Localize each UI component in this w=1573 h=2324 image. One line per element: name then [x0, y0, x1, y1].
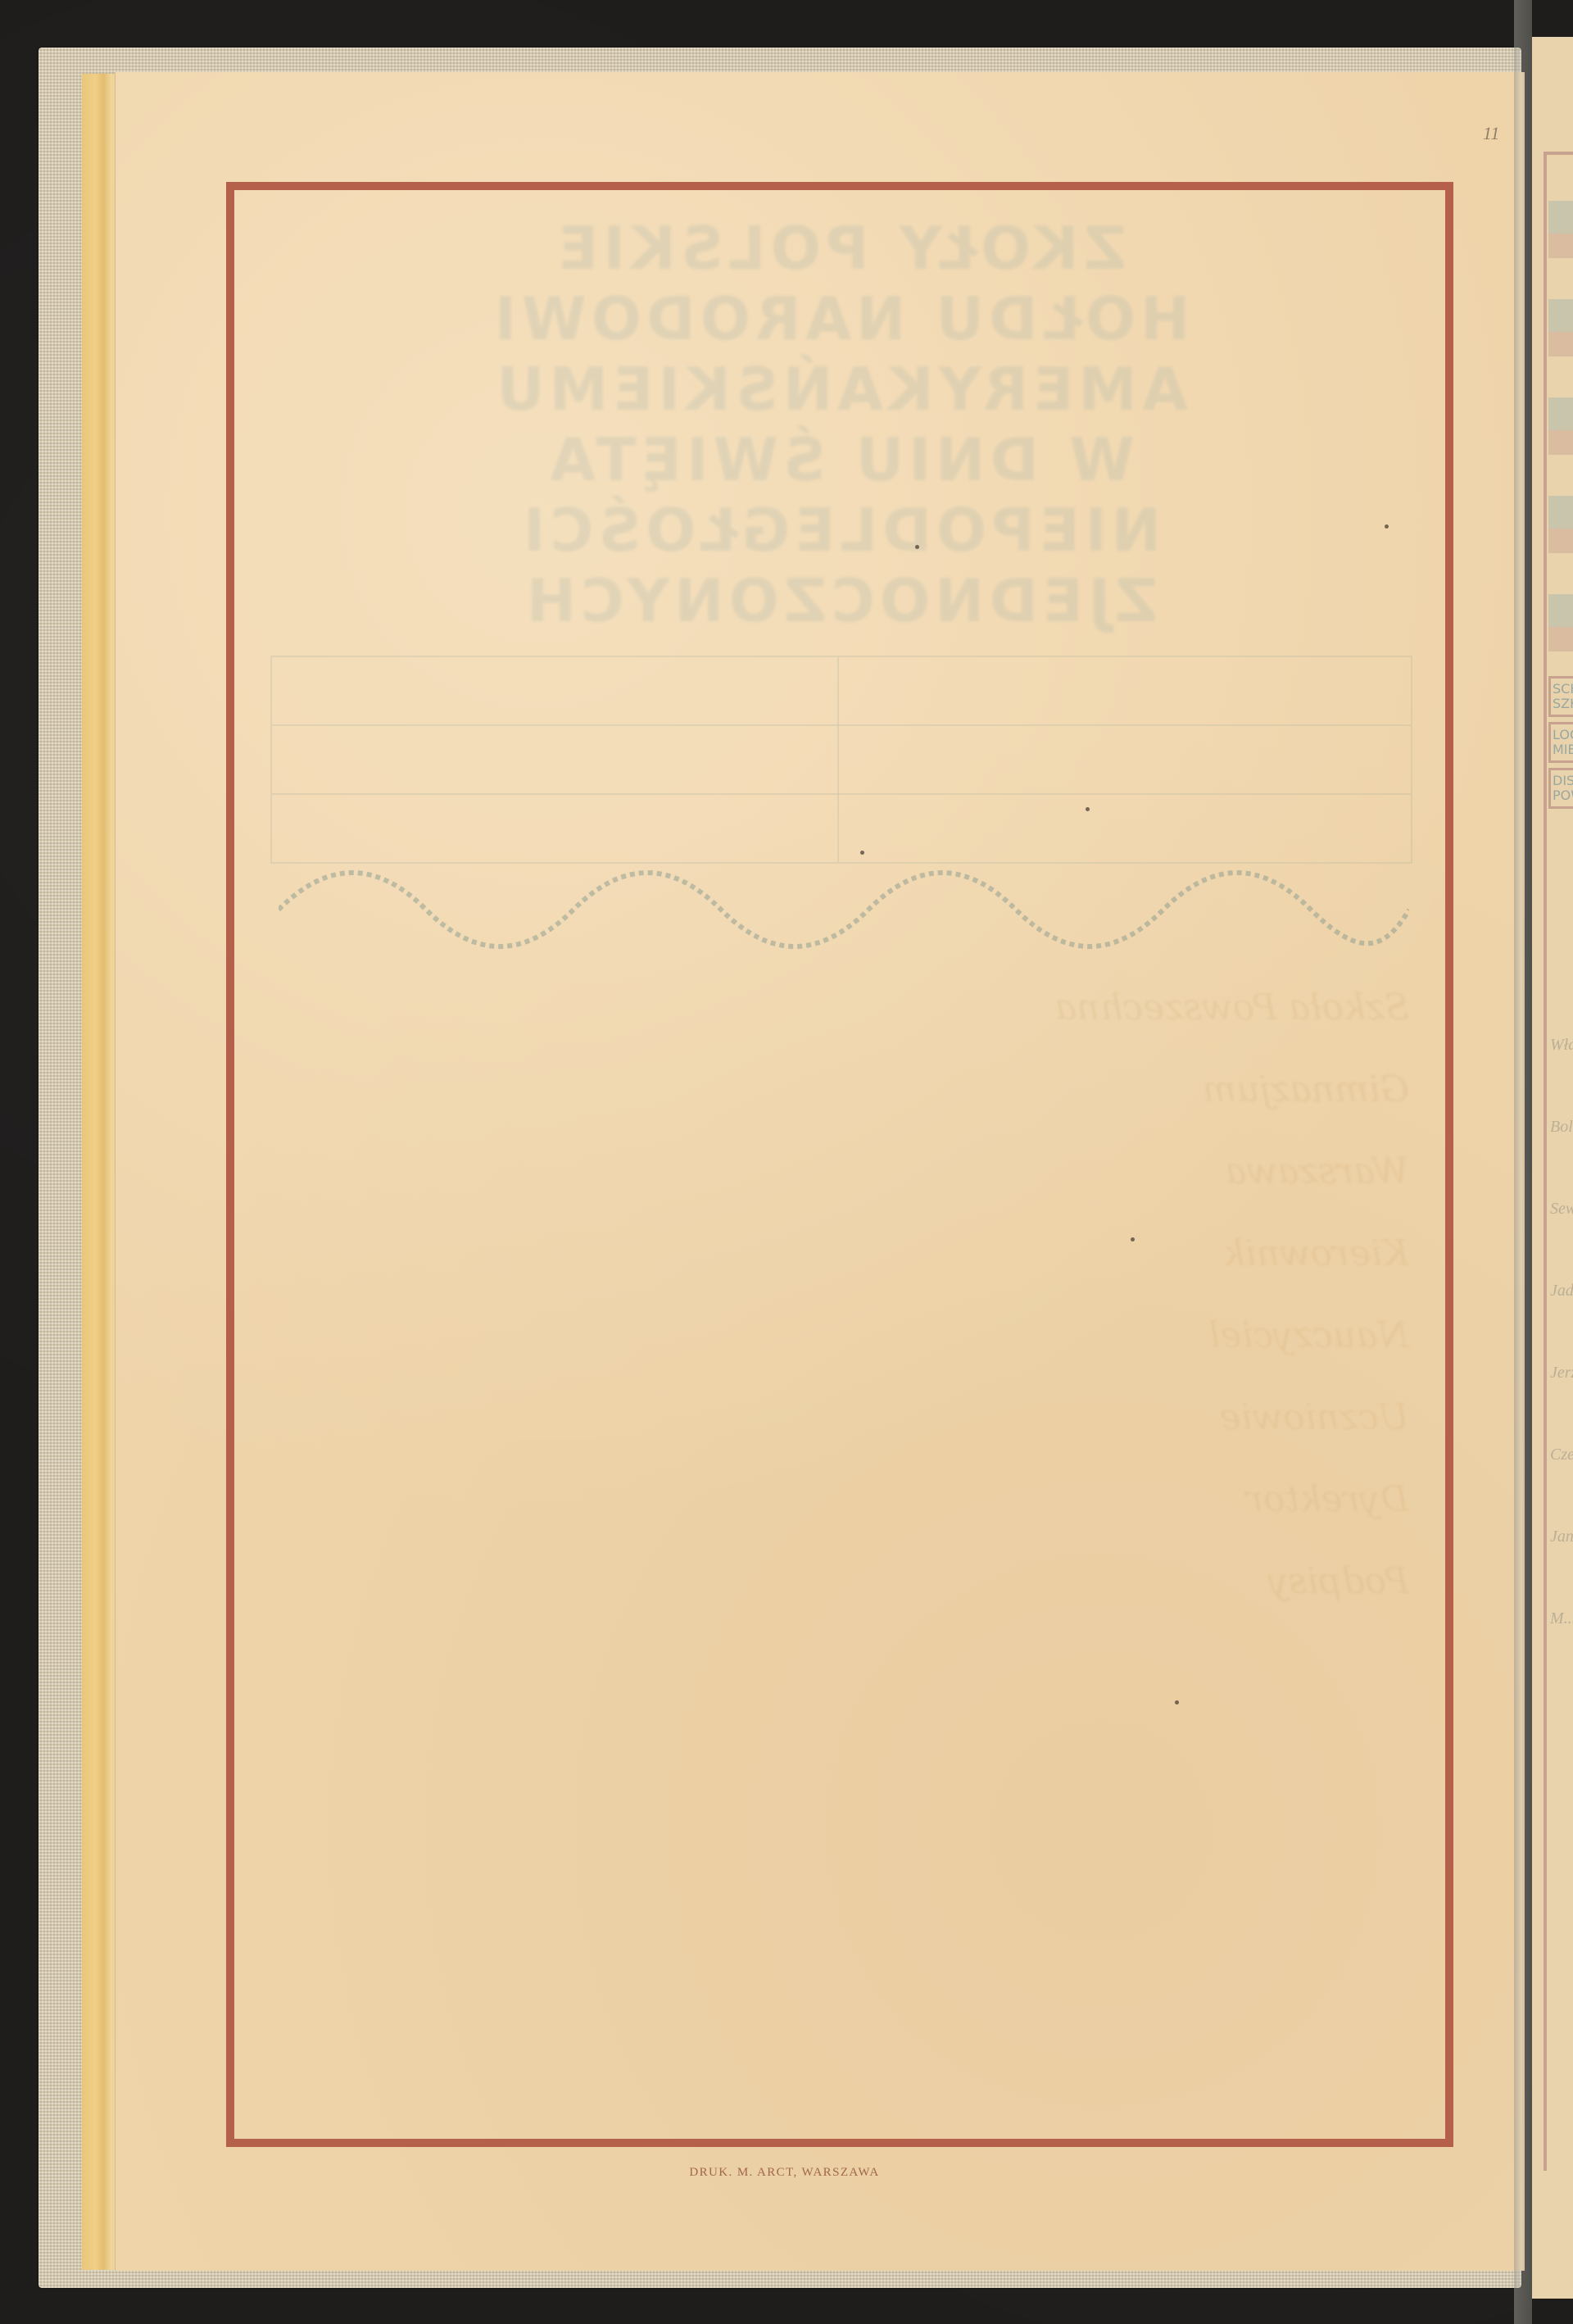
neighbor-label-line: POW	[1553, 788, 1573, 803]
neighbor-label-line: DISTR	[1553, 773, 1573, 788]
speck	[915, 545, 919, 549]
neighbor-handwriting-line: M...	[1550, 1577, 1573, 1659]
speck	[860, 851, 864, 855]
neighbor-label-line: MIEJS	[1553, 742, 1573, 757]
neighbor-handwriting-line: Władysław	[1550, 1004, 1573, 1086]
neighbor-handwriting-line: Bolesław	[1550, 1086, 1573, 1168]
speck	[1385, 524, 1389, 529]
neighbor-handwriting-line: Jadwiga	[1550, 1250, 1573, 1332]
speck	[1175, 1700, 1179, 1704]
neighbor-label-line: SZKO	[1553, 696, 1573, 711]
neighbor-handwriting: Władysław Bolesław Seweryn Jadwiga Jerzy…	[1550, 1004, 1573, 1659]
neighbor-handwriting-line: Jan	[1550, 1496, 1573, 1577]
page-border-frame	[226, 182, 1453, 2147]
neighbor-label-line: SCHO	[1553, 681, 1573, 697]
neighbor-label-box: SCHO SZKO	[1548, 676, 1573, 717]
neighbor-ornament	[1548, 201, 1573, 660]
speck	[1131, 1237, 1135, 1241]
neighbor-label-boxes: SCHO SZKO LOCA MIEJS DISTR POW	[1548, 676, 1573, 814]
neighbor-label-box: LOCA MIEJS	[1548, 722, 1573, 763]
page-mark: 11	[1483, 123, 1499, 144]
neighbor-label-line: LOCA	[1553, 727, 1573, 742]
neighbor-handwriting-line: Jerzy	[1550, 1332, 1573, 1414]
neighbor-page: SCHO SZKO LOCA MIEJS DISTR POW Władysław…	[1532, 37, 1573, 2299]
neighbor-handwriting-line: Czesław	[1550, 1414, 1573, 1496]
printer-imprint: DRUK. M. ARCT, WARSZAWA	[0, 2166, 1573, 2180]
imprint-text: DRUK. M. ARCT, WARSZAWA	[689, 2166, 879, 2179]
speck	[1086, 807, 1090, 811]
neighbor-handwriting-line: Seweryn	[1550, 1168, 1573, 1250]
sleeve-edge	[1514, 0, 1532, 2324]
neighbor-label-box: DISTR POW	[1548, 768, 1573, 809]
